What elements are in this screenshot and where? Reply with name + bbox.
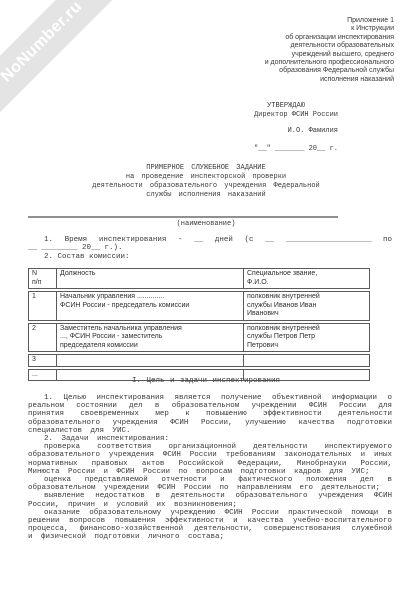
appendix-note-line: учреждений высшего, среднего (174, 51, 394, 59)
section-body: 1. Целью инспектирования является получе… (28, 394, 392, 542)
name-caption: (наименование) (28, 220, 384, 228)
table-row: 1 Начальник управления .............. ФС… (28, 291, 370, 321)
appendix-note-line: образования Федеральной службы (174, 67, 394, 75)
para-tasks-intro: 2. Задачи инспектирования: (28, 435, 392, 443)
para-task-assessment: оценка представляемой отчетности и факти… (28, 476, 392, 492)
appendix-note-line: об организации инспектирования (174, 34, 394, 42)
section-heading: I. Цель и задачи инспектирования (28, 377, 384, 385)
watermark-text: NoNumber.ru (0, 0, 86, 86)
appendix-note: Приложение 1 к Инструкции об организации… (174, 17, 394, 84)
appendix-note-line: исполнения наказаний (174, 76, 394, 84)
approval-block: УТВЕРЖДАЮ Директор ФСИН России И.О. Фами… (240, 102, 338, 153)
document-title: ПРИМЕРНОЕ СЛУЖЕБНОЕ ЗАДАНИЕ на проведени… (28, 164, 384, 200)
table-row: 2 Заместитель начальника управления ...,… (28, 323, 370, 353)
title-line: деятельности образовательного учреждения… (28, 182, 384, 191)
header-cell-position: Должность (57, 269, 244, 288)
para-task-deficiencies: выявление недостатков в деятельности обр… (28, 492, 392, 508)
document-page: NoNumber.ru Приложение 1 к Инструкции об… (0, 0, 420, 600)
name-underline (28, 216, 338, 218)
title-line: на проведение инспекторской проверки (28, 173, 384, 182)
cell-rank: полковник внутренней службы Петров Петр … (244, 324, 369, 352)
cell-rank (244, 355, 369, 366)
watermark-ribbon: NoNumber.ru (0, 0, 141, 141)
cell-position: Начальник управления .............. ФСИН… (57, 292, 244, 320)
table-row: 3 (28, 354, 370, 367)
table-header-row: N п/п Должность Специальное звание, Ф.И.… (28, 268, 370, 289)
title-line: ПРИМЕРНОЕ СЛУЖЕБНОЕ ЗАДАНИЕ (28, 164, 384, 173)
inspection-time-line-2: __ ________ 20__ г.). (28, 244, 392, 252)
cell-rank: полковник внутренней службы Иванов Иван … (244, 292, 369, 320)
cell-position: Заместитель начальника управления ..., Ф… (57, 324, 244, 352)
appendix-note-line: деятельности образовательных (174, 42, 394, 50)
cell-num: 3 (29, 355, 57, 366)
appendix-note-line: к Инструкции (174, 25, 394, 33)
commission-composition-line: 2. Состав комиссии: (28, 253, 392, 261)
inspection-time-line-1: 1. Время инспектирования - __ дней (с __… (28, 236, 392, 244)
approval-stamp: УТВЕРЖДАЮ (240, 102, 338, 111)
para-goal: 1. Целью инспектирования является получе… (28, 394, 392, 435)
commission-table: N п/п Должность Специальное звание, Ф.И.… (28, 268, 370, 383)
cell-num: 2 (29, 324, 57, 352)
header-cell-num: N п/п (29, 269, 57, 288)
cell-position (57, 355, 244, 366)
cell-num: 1 (29, 292, 57, 320)
appendix-note-line: Приложение 1 (174, 17, 394, 25)
approver-title: Директор ФСИН России (240, 111, 338, 120)
para-task-check: проверка соответствия организационной де… (28, 443, 392, 476)
intro-items: 1. Время инспектирования - __ дней (с __… (28, 236, 392, 261)
signatory-name: И.О. Фамилия (240, 127, 338, 136)
title-line: службы исполнения наказаний (28, 191, 384, 200)
approval-date-line: "__" _______ 20__ г. (240, 145, 338, 154)
header-cell-rank: Специальное звание, Ф.И.О. (244, 269, 369, 288)
para-task-assistance: оказание образовательному учреждению ФСИ… (28, 509, 392, 542)
